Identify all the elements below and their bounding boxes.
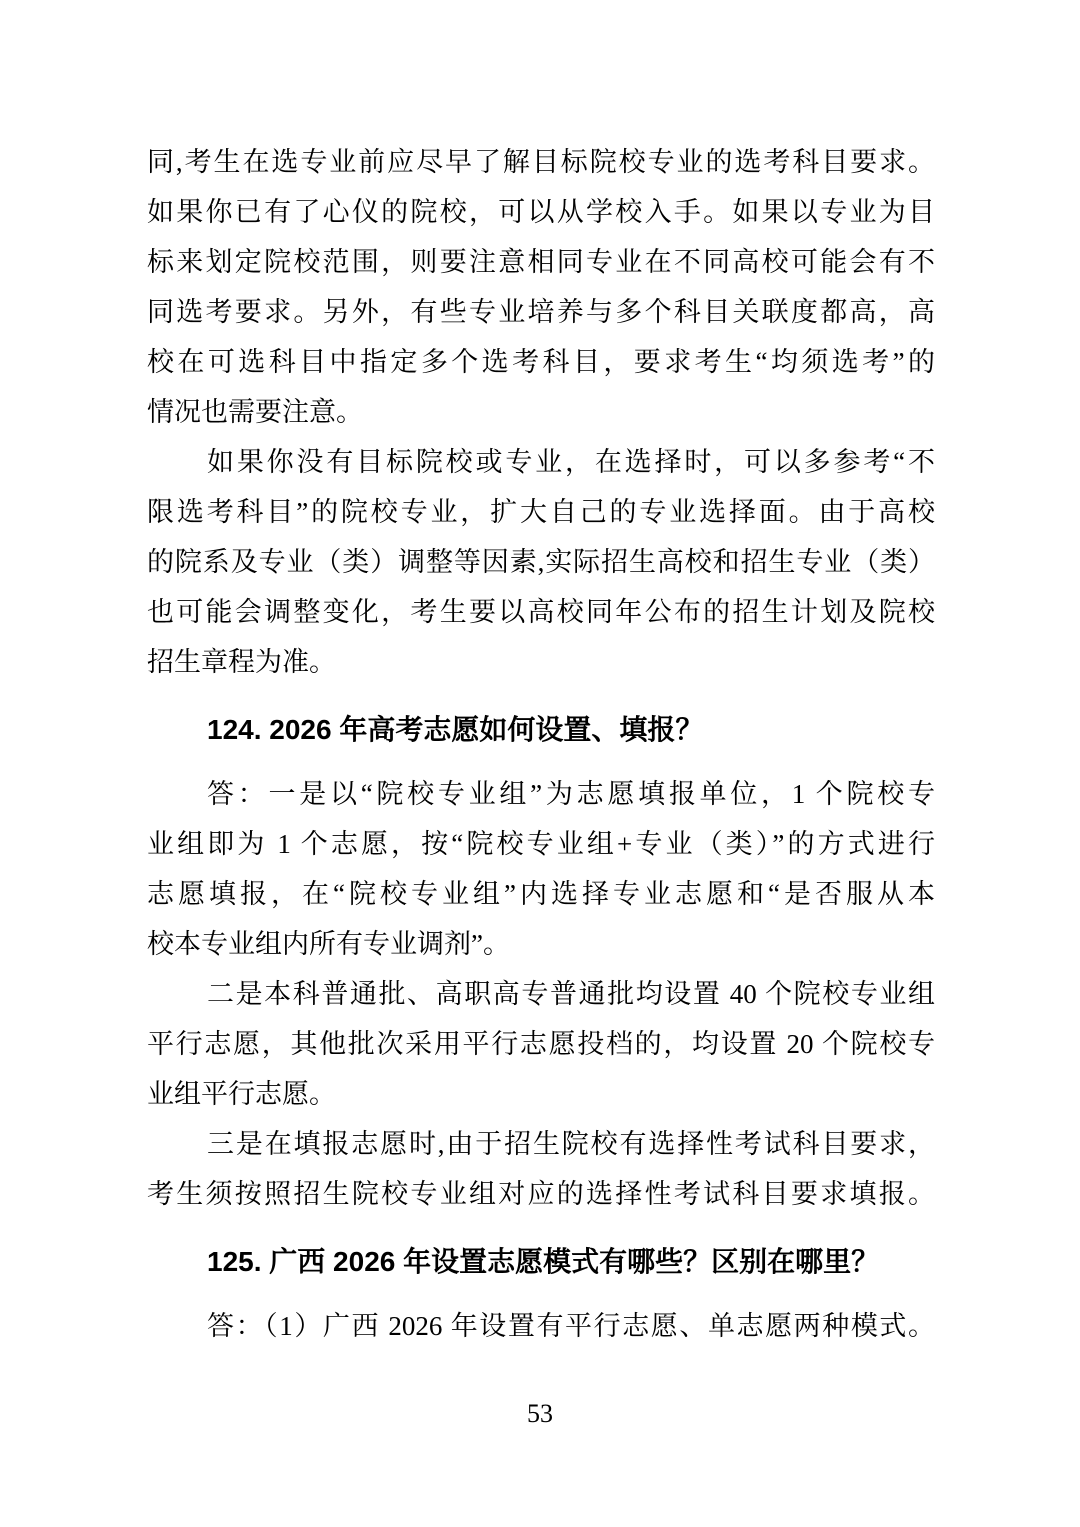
paragraph-answer-124-part2: 二是本科普通批、高职高专普通批均设置 40 个院校专业组平行志愿，其他批次采用平… — [147, 969, 935, 1119]
paragraph-no-target-school: 如果你没有目标院校或专业，在选择时，可以多参考“不限选考科目”的院校专业，扩大自… — [147, 437, 935, 687]
text-line: 二是本科普通批、高职高专普通批均设置 40 个院校专业组 — [147, 969, 935, 1019]
text-line: 的院系及专业（类）调整等因素,实际招生高校和招生专业（类） — [147, 537, 935, 587]
text-line: 同选考要求。另外，有些专业培养与多个科目关联度都高，高 — [147, 287, 935, 337]
text-line: 标来划定院校范围，则要注意相同专业在不同高校可能会有不 — [147, 237, 935, 287]
text-line: 答：一是以“院校专业组”为志愿填报单位，1 个院校专 — [147, 769, 935, 819]
text-line: 志愿填报，在“院校专业组”内选择专业志愿和“是否服从本 — [147, 869, 935, 919]
text-line: 校在可选科目中指定多个选考科目，要求考生“均须选考”的 — [147, 337, 935, 387]
text-line: 限选考科目”的院校专业，扩大自己的专业选择面。由于高校 — [147, 487, 935, 537]
text-line: 业组即为 1 个志愿，按“院校专业组+专业（类）”的方式进行 — [147, 819, 935, 869]
paragraph-answer-124-part3: 三是在填报志愿时,由于招生院校有选择性考试科目要求，考生须按照招生院校专业组对应… — [147, 1119, 935, 1219]
text-line: 也可能会调整变化，考生要以高校同年公布的招生计划及院校 — [147, 587, 935, 637]
paragraph-answer-124-part1: 答：一是以“院校专业组”为志愿填报单位，1 个院校专业组即为 1 个志愿，按“院… — [147, 769, 935, 969]
page-footer: 53 — [0, 1400, 1080, 1428]
text-line: 校本专业组内所有专业调剂”。 — [147, 919, 935, 969]
text-line: 答：（1）广西 2026 年设置有平行志愿、单志愿两种模式。 — [147, 1301, 935, 1351]
text-line: 情况也需要注意。 — [147, 387, 935, 437]
text-line: 平行志愿，其他批次采用平行志愿投档的，均设置 20 个院校专 — [147, 1019, 935, 1069]
text-line: 如果你已有了心仪的院校，可以从学校入手。如果以专业为目 — [147, 187, 935, 237]
paragraph-answer-125-part1: 答：（1）广西 2026 年设置有平行志愿、单志愿两种模式。 — [147, 1301, 935, 1351]
page-body: 同,考生在选专业前应尽早了解目标院校专业的选考科目要求。如果你已有了心仪的院校，… — [147, 137, 935, 1351]
heading-question-125: 125. 广西 2026 年设置志愿模式有哪些？区别在哪里？ — [147, 1237, 935, 1287]
heading-question-124: 124. 2026 年高考志愿如何设置、填报？ — [147, 705, 935, 755]
text-line: 考生须按照招生院校专业组对应的选择性考试科目要求填报。 — [147, 1169, 935, 1219]
paragraph-continued-from-previous-page: 同,考生在选专业前应尽早了解目标院校专业的选考科目要求。如果你已有了心仪的院校，… — [147, 137, 935, 437]
document-page: 同,考生在选专业前应尽早了解目标院校专业的选考科目要求。如果你已有了心仪的院校，… — [0, 0, 1080, 1527]
text-line: 如果你没有目标院校或专业，在选择时，可以多参考“不 — [147, 437, 935, 487]
text-line: 同,考生在选专业前应尽早了解目标院校专业的选考科目要求。 — [147, 137, 935, 187]
text-line: 三是在填报志愿时,由于招生院校有选择性考试科目要求， — [147, 1119, 935, 1169]
page-number: 53 — [527, 1399, 553, 1428]
text-line: 业组平行志愿。 — [147, 1069, 935, 1119]
text-line: 招生章程为准。 — [147, 637, 935, 687]
